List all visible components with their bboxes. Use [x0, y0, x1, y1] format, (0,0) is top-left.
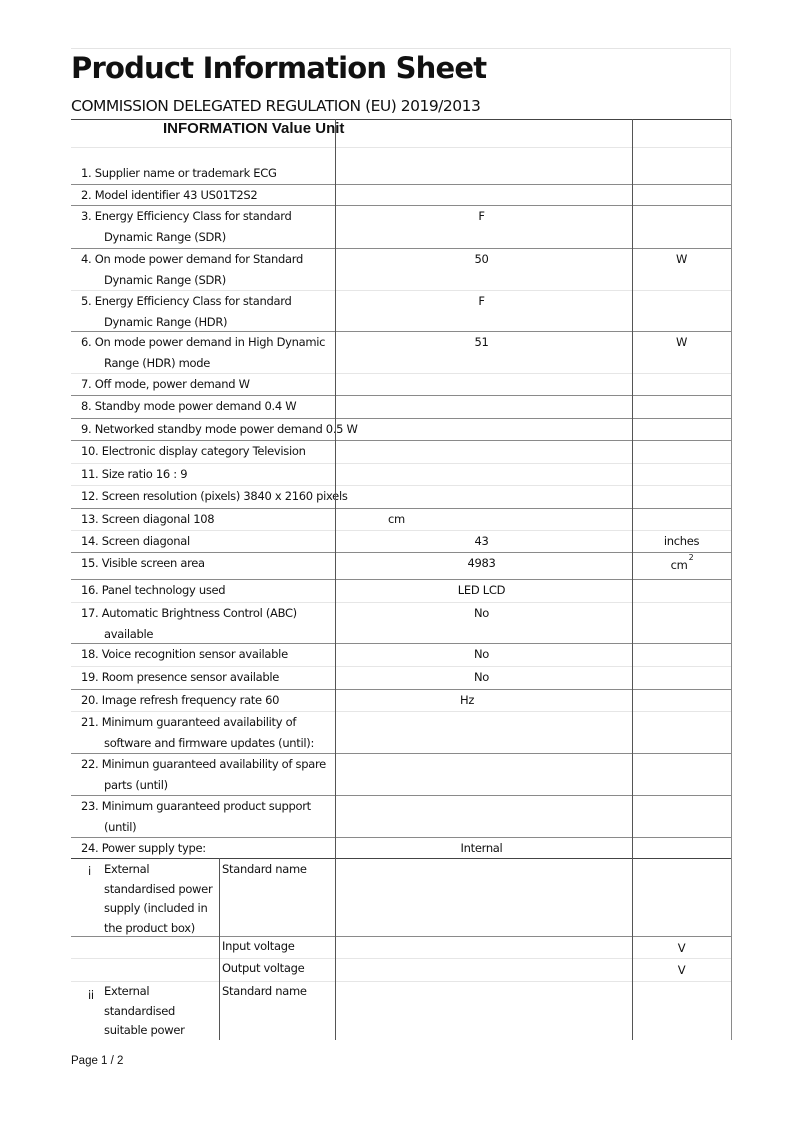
sub-label: standardised power — [104, 879, 212, 899]
page-number: Page 1 / 2 — [71, 1055, 123, 1067]
column-divider — [219, 936, 220, 958]
row-label-cont: Dynamic Range (SDR) — [81, 227, 226, 247]
row-label: 13. Screen diagonal 108 — [81, 509, 214, 529]
row-unit: W — [632, 249, 731, 269]
table-header: INFORMATION Value Unit — [163, 119, 344, 139]
row-value: No — [335, 603, 628, 623]
row-value: Hz — [460, 690, 474, 710]
row-label: 11. Size ratio 16 : 9 — [81, 464, 187, 484]
column-divider — [335, 119, 336, 1040]
row-value: Internal — [335, 838, 628, 858]
row-label: 17. Automatic Brightness Control (ABC) — [81, 603, 297, 623]
row-value: No — [335, 667, 628, 687]
row-label: 10. Electronic display category Televisi… — [81, 441, 306, 461]
row-label: 4. On mode power demand for Standard — [81, 249, 303, 269]
row-value: F — [335, 206, 628, 226]
unit-superscript: 2 — [689, 553, 694, 562]
sub-label: External — [104, 981, 149, 1001]
row-label: 20. Image refresh frequency rate 60 — [81, 690, 279, 710]
row-unit: inches — [632, 531, 731, 551]
sub-marker: ii — [88, 985, 94, 1005]
row-value: 4983 — [335, 553, 628, 573]
row-label-cont: software and firmware updates (until): — [81, 733, 314, 753]
row-label-cont: Dynamic Range (HDR) — [81, 312, 227, 332]
output-voltage-label: Output voltage — [222, 958, 304, 978]
sub-marker: i — [88, 861, 91, 881]
row-label: 21. Minimum guaranteed availability of — [81, 712, 296, 732]
input-voltage-unit: V — [632, 938, 731, 958]
row-label-cont: Range (HDR) mode — [81, 353, 210, 373]
row-value: F — [335, 291, 628, 311]
row-label-cont: Dynamic Range (SDR) — [81, 270, 226, 290]
row-label: 15. Visible screen area — [81, 553, 205, 573]
row-value: No — [335, 644, 628, 664]
column-divider — [632, 119, 633, 1040]
row-label: 9. Networked standby mode power demand 0… — [81, 419, 358, 439]
row-unit: cm2 — [632, 555, 731, 577]
row-value: 43 — [335, 531, 628, 551]
standard-name-label: Standard name — [222, 981, 307, 1001]
column-divider — [219, 981, 220, 1040]
row-value: 51 — [335, 332, 628, 352]
column-divider — [731, 119, 732, 1040]
row-label: 8. Standby mode power demand 0.4 W — [81, 396, 296, 416]
row-label: 1. Supplier name or trademark ECG — [81, 163, 277, 183]
sub-label: External — [104, 859, 149, 879]
row-label: 5. Energy Efficiency Class for standard — [81, 291, 291, 311]
output-voltage-unit: V — [632, 960, 731, 980]
row-value: cm — [388, 509, 405, 529]
row-label: 19. Room presence sensor available — [81, 667, 279, 687]
row-unit: W — [632, 332, 731, 352]
column-divider — [219, 958, 220, 981]
sub-label: the product box) — [104, 918, 195, 938]
row-value: 50 — [335, 249, 628, 269]
page-title: Product Information Sheet — [71, 48, 486, 88]
row-label: 16. Panel technology used — [81, 580, 225, 600]
row-label: 12. Screen resolution (pixels) 3840 x 21… — [81, 486, 348, 506]
row-label-cont: available — [81, 624, 153, 644]
column-divider — [219, 858, 220, 936]
unit-text: cm — [671, 558, 688, 572]
row-label: 24. Power supply type: — [81, 838, 206, 858]
row-label: 23. Minimum guaranteed product support — [81, 796, 311, 816]
row-label-cont: parts (until) — [81, 775, 168, 795]
regulation-subtitle: COMMISSION DELEGATED REGULATION (EU) 201… — [71, 95, 480, 117]
row-label: 18. Voice recognition sensor available — [81, 644, 288, 664]
row-label: 22. Minimun guaranteed availability of s… — [81, 754, 326, 774]
row-label-cont: (until) — [81, 817, 136, 837]
sub-label: standardised — [104, 1001, 175, 1021]
row-label: 2. Model identifier 43 US01T2S2 — [81, 185, 257, 205]
sub-label: supply (included in — [104, 898, 207, 918]
input-voltage-label: Input voltage — [222, 936, 295, 956]
row-label: 7. Off mode, power demand W — [81, 374, 250, 394]
sub-label: suitable power — [104, 1020, 185, 1040]
row-label: 14. Screen diagonal — [81, 531, 190, 551]
standard-name-label: Standard name — [222, 859, 307, 879]
row-label: 3. Energy Efficiency Class for standard — [81, 206, 291, 226]
row-label: 6. On mode power demand in High Dynamic — [81, 332, 325, 352]
row-value: LED LCD — [335, 580, 628, 600]
right-rule — [730, 48, 731, 120]
